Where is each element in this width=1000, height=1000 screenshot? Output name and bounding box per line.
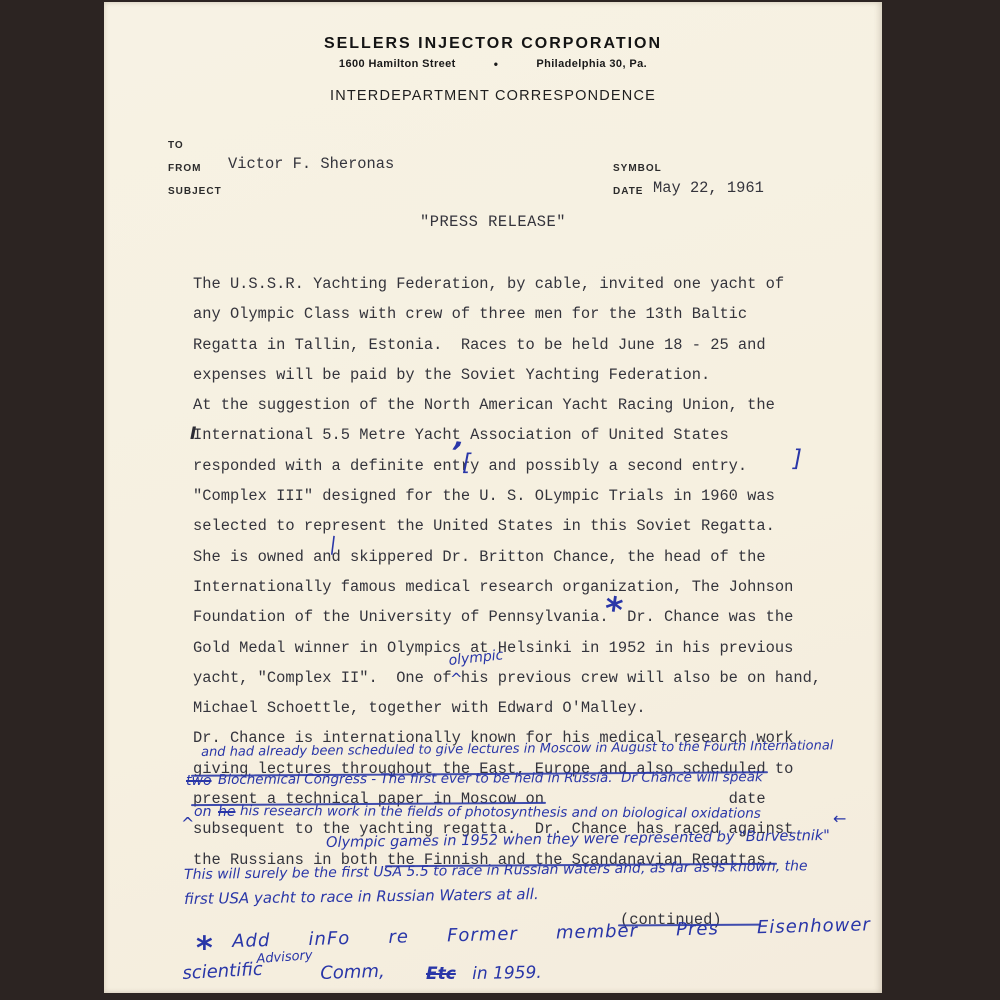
company-address: 1600 Hamilton Street • Philadelphia 30, … <box>104 57 882 71</box>
typed-line: giving lectures throughout the East, Eur… <box>193 754 853 784</box>
hw-bottom-line-2c: in 1959. <box>472 965 542 983</box>
typed-line: "Complex III" designed for the U. S. OLy… <box>193 481 853 511</box>
typed-line: Internationally famous medical research … <box>193 572 853 602</box>
letter-page: SELLERS INJECTOR CORPORATION 1600 Hamilt… <box>104 2 882 993</box>
typed-line: Dr. Chance is internationally known for … <box>193 723 853 753</box>
address-city: Philadelphia 30, Pa. <box>536 58 647 70</box>
typed-line: Michael Schoettle, together with Edward … <box>193 693 853 723</box>
hw-etc-struck: Etc <box>426 966 456 983</box>
typed-text: responded with a definite entry and poss… <box>193 457 747 475</box>
hw-bottom-line-2a: scientific <box>182 961 263 983</box>
typed-text: to <box>766 760 794 778</box>
typed-text: yacht, "Complex II". One of his previous… <box>193 669 821 687</box>
struck-typed-text: present a technical paper in Moscow on <box>193 790 544 808</box>
typed-text: selected to represent the United States … <box>193 517 775 535</box>
typed-line: selected to represent the United States … <box>193 511 853 541</box>
struck-typed-text: the Finnish and the Scandanavian Regatta… <box>387 851 775 869</box>
document-type-heading: INTERDEPARTMENT CORRESPONDENCE <box>104 88 882 104</box>
typed-text: Gold Medal winner in Olympics at Helsink… <box>193 639 793 657</box>
symbol-label: SYMBOL <box>613 163 662 174</box>
typed-line: (continued) <box>193 905 853 935</box>
typed-text: date <box>544 790 766 808</box>
press-release-title: "PRESS RELEASE" <box>104 213 882 231</box>
typed-text: At the suggestion of the North American … <box>193 396 775 414</box>
typed-line: The U.S.S.R. Yachting Federation, by cab… <box>193 269 853 299</box>
typed-line: expenses will be paid by the Soviet Yach… <box>193 360 853 390</box>
subject-label: SUBJECT <box>168 186 222 197</box>
hw-bottom-asterisk: * <box>196 932 213 964</box>
hw-advisory-insert: Advisory <box>256 949 313 966</box>
struck-typed-text: giving lectures throughout the East, Eur… <box>193 760 766 778</box>
date-value: May 22, 1961 <box>653 179 764 197</box>
body-lines: The U.S.S.R. Yachting Federation, by cab… <box>193 269 853 936</box>
typed-text: International 5.5 Metre Yacht Associatio… <box>193 426 729 444</box>
typed-line: Gold Medal winner in Olympics at Helsink… <box>193 633 853 663</box>
typed-text: Regatta in Tallin, Estonia. Races to be … <box>193 336 766 354</box>
typed-text: subsequent to the yachting regatta. Dr. … <box>193 820 793 838</box>
typed-line <box>193 875 853 905</box>
typed-text: Dr. Chance is internationally known for … <box>193 729 793 747</box>
typed-line: present a technical paper in Moscow on d… <box>193 784 853 814</box>
typed-line: the Russians in both the Finnish and the… <box>193 845 853 875</box>
typed-text: any Olympic Class with crew of three men… <box>193 305 747 323</box>
typed-text: She is owned and skippered Dr. Britton C… <box>193 548 766 566</box>
typed-line: She is owned and skippered Dr. Britton C… <box>193 542 853 572</box>
typed-line: any Olympic Class with crew of three men… <box>193 299 853 329</box>
date-label: DATE <box>613 186 643 197</box>
typed-text: Foundation of the University of Pennsylv… <box>193 608 793 626</box>
typed-text: the Russians in both <box>193 851 387 869</box>
hw-bottom-line-2b: Comm, <box>320 963 385 983</box>
typed-line: International 5.5 Metre Yacht Associatio… <box>193 420 853 450</box>
typed-line: Foundation of the University of Pennsylv… <box>193 602 853 632</box>
from-label: FROM <box>168 163 201 174</box>
bullet-separator: • <box>494 57 499 71</box>
typed-text: Internationally famous medical research … <box>193 578 793 596</box>
struck-typed-text: (continued) <box>620 911 759 929</box>
typed-text: The U.S.S.R. Yachting Federation, by cab… <box>193 275 784 293</box>
typed-line: responded with a definite entry and poss… <box>193 451 853 481</box>
company-name: SELLERS INJECTOR CORPORATION <box>104 35 882 53</box>
typed-line: yacht, "Complex II". One of his previous… <box>193 663 853 693</box>
typed-line: subsequent to the yachting regatta. Dr. … <box>193 814 853 844</box>
from-value: Victor F. Sheronas <box>228 155 394 173</box>
typed-line: At the suggestion of the North American … <box>193 390 853 420</box>
typed-text: expenses will be paid by the Soviet Yach… <box>193 366 710 384</box>
to-label: TO <box>168 140 184 151</box>
typed-line: Regatta in Tallin, Estonia. Races to be … <box>193 330 853 360</box>
address-street: 1600 Hamilton Street <box>339 58 456 70</box>
typed-text: "Complex III" designed for the U. S. OLy… <box>193 487 775 505</box>
typed-text: Michael Schoettle, together with Edward … <box>193 699 646 717</box>
